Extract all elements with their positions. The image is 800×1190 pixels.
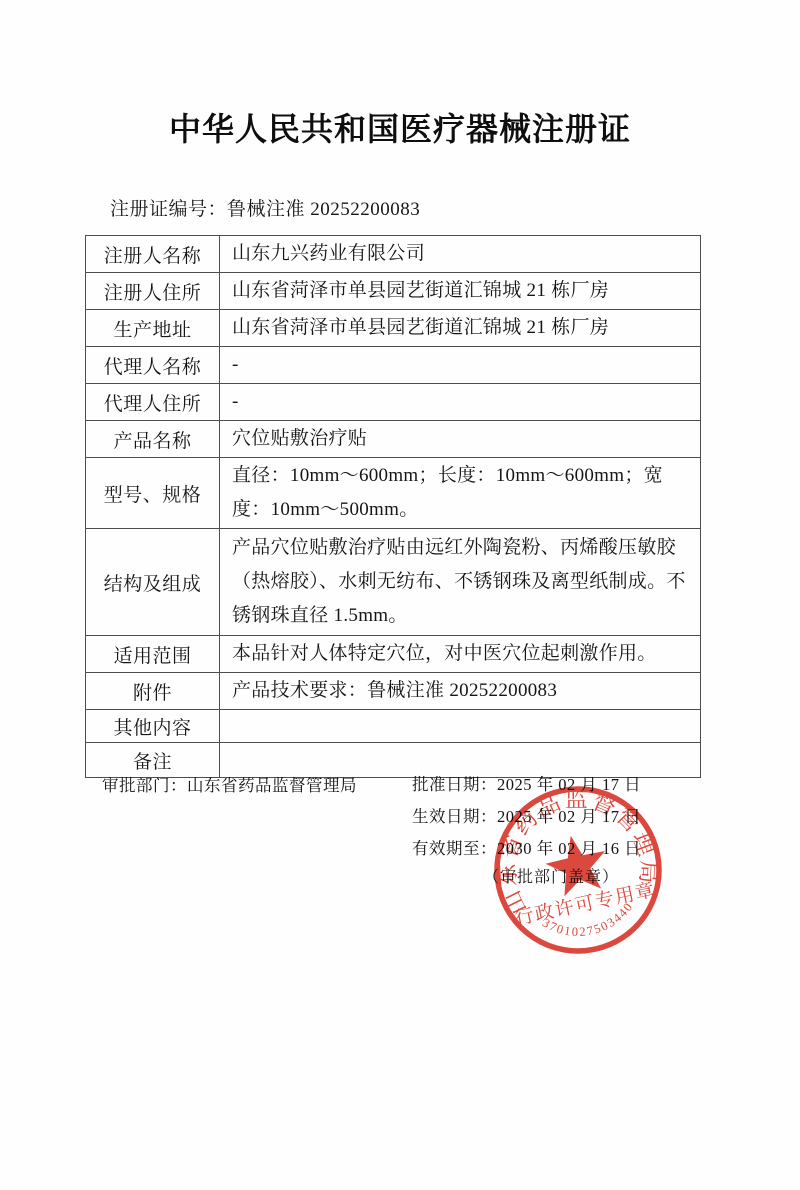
seal-number-text: 3701027503440	[538, 897, 641, 948]
row-value: 产品穴位贴敷治疗贴由远红外陶瓷粉、丙烯酸压敏胶（热熔胶）、水刺无纺布、不锈钢珠及…	[220, 529, 701, 636]
row-value: -	[220, 384, 701, 421]
table-row: 生产地址 山东省菏泽市单县园艺街道汇锦城 21 栋厂房	[86, 310, 701, 347]
table-row: 其他内容	[86, 710, 701, 743]
svg-text:3701027503440: 3701027503440	[538, 897, 641, 948]
approval-department-label: 审批部门：	[102, 776, 187, 795]
row-value: 直径：10mm～600mm；长度：10mm～600mm；宽度：10mm～500m…	[220, 458, 701, 529]
approval-date-value: 2025 年 02 月 17 日	[497, 775, 641, 794]
expiry-date-line: 有效期至：2030 年 02 月 16 日	[412, 833, 641, 865]
row-label: 产品名称	[86, 421, 220, 458]
cert-number-value: 鲁械注准 20252200083	[227, 199, 420, 220]
row-value: 山东省菏泽市单县园艺街道汇锦城 21 栋厂房	[220, 310, 701, 347]
table-row: 适用范围 本品针对人体特定穴位，对中医穴位起刺激作用。	[86, 636, 701, 673]
row-value: -	[220, 347, 701, 384]
row-value: 山东省菏泽市单县园艺街道汇锦城 21 栋厂房	[220, 273, 701, 310]
expiry-date-label: 有效期至：	[412, 839, 497, 858]
approval-date-line: 批准日期：2025 年 02 月 17 日	[412, 769, 641, 801]
certificate-table: 注册人名称 山东九兴药业有限公司 注册人住所 山东省菏泽市单县园艺街道汇锦城 2…	[85, 235, 701, 778]
row-label: 型号、规格	[86, 458, 220, 529]
row-value	[220, 710, 701, 743]
row-label: 适用范围	[86, 636, 220, 673]
expiry-date-value: 2030 年 02 月 16 日	[497, 839, 641, 858]
effective-date-label: 生效日期：	[412, 807, 497, 826]
row-label: 代理人住所	[86, 384, 220, 421]
approval-department-line: 审批部门：山东省药品监督管理局	[102, 772, 357, 796]
approval-date-label: 批准日期：	[412, 775, 497, 794]
cert-number-label: 注册证编号：	[110, 199, 227, 220]
approval-department-value: 山东省药品监督管理局	[187, 776, 357, 795]
row-label: 附件	[86, 673, 220, 710]
effective-date-value: 2025 年 02 月 17 日	[497, 807, 641, 826]
table-row: 附件 产品技术要求：鲁械注准 20252200083	[86, 673, 701, 710]
certificate-page: 中华人民共和国医疗器械注册证 注册证编号：鲁械注准 20252200083 注册…	[0, 0, 800, 1190]
row-value: 山东九兴药业有限公司	[220, 236, 701, 273]
row-label: 代理人名称	[86, 347, 220, 384]
page-title: 中华人民共和国医疗器械注册证	[0, 104, 800, 150]
row-value: 本品针对人体特定穴位，对中医穴位起刺激作用。	[220, 636, 701, 673]
row-label: 结构及组成	[86, 529, 220, 636]
row-value: 产品技术要求：鲁械注准 20252200083	[220, 673, 701, 710]
seal-placeholder-note: （审批部门盖章）	[483, 864, 619, 887]
row-label: 生产地址	[86, 310, 220, 347]
row-label: 其他内容	[86, 710, 220, 743]
row-label: 注册人名称	[86, 236, 220, 273]
table-row: 代理人名称 -	[86, 347, 701, 384]
table-row: 结构及组成 产品穴位贴敷治疗贴由远红外陶瓷粉、丙烯酸压敏胶（热熔胶）、水刺无纺布…	[86, 529, 701, 636]
table-row: 注册人住所 山东省菏泽市单县园艺街道汇锦城 21 栋厂房	[86, 273, 701, 310]
table-row: 产品名称 穴位贴敷治疗贴	[86, 421, 701, 458]
row-value: 穴位贴敷治疗贴	[220, 421, 701, 458]
cert-number-line: 注册证编号：鲁械注准 20252200083	[110, 194, 420, 221]
table-row: 型号、规格 直径：10mm～600mm；长度：10mm～600mm；宽度：10m…	[86, 458, 701, 529]
row-label: 注册人住所	[86, 273, 220, 310]
table-row: 代理人住所 -	[86, 384, 701, 421]
effective-date-line: 生效日期：2025 年 02 月 17 日	[412, 801, 641, 833]
table-row: 注册人名称 山东九兴药业有限公司	[86, 236, 701, 273]
date-block: 批准日期：2025 年 02 月 17 日 生效日期：2025 年 02 月 1…	[412, 769, 641, 865]
